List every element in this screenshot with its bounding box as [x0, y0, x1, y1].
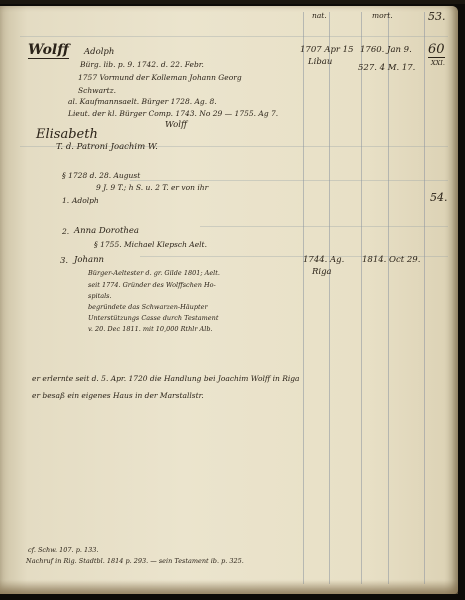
child-marriage-note: § 1755. Michael Klepsch Aelt. — [94, 241, 207, 249]
column-rule — [303, 12, 304, 584]
given-name: Adolph — [84, 48, 114, 57]
note-line: Schwartz. — [78, 87, 116, 95]
surname-heading: Wolff — [28, 43, 69, 59]
page-number-top: 53. — [428, 11, 446, 22]
birth-place: Riga — [312, 268, 332, 277]
note-line: 1757 Vormund der Kolleman Johann Georg — [78, 74, 242, 82]
birth-date: 1707 Apr 15 — [300, 46, 354, 55]
age-reference-sub: XXI. — [431, 60, 445, 67]
remark-line: er besaß ein eigenes Haus in der Marstal… — [32, 392, 204, 400]
page-number-reference: 54. — [430, 192, 448, 203]
spouse-maiden-name: Wolff — [165, 121, 187, 130]
column-rule — [424, 12, 425, 584]
note-line: Bürger-Aeltester d. gr. Gilde 1801; Aelt… — [88, 270, 220, 277]
ruled-line — [130, 180, 448, 181]
column-rule — [388, 12, 389, 584]
column-rule — [329, 12, 330, 584]
child-name: Adolph — [72, 197, 99, 205]
child-name: Anna Dorothea — [74, 227, 139, 236]
remark-line: er erlernte seit d. 5. Apr. 1720 die Han… — [32, 375, 300, 383]
child-index: 2. — [62, 228, 69, 236]
spouse-relation: T. d. Patroni Joachim W. — [56, 143, 158, 152]
note-line: spitals. — [88, 293, 112, 300]
birth-place: Libau — [308, 58, 332, 67]
spouse-name: Elisabeth — [36, 128, 98, 141]
note-line: v. 20. Dec 1811. mit 10,000 Rthlr Alb. — [88, 326, 213, 333]
note-line: seit 1774. Gründer des Wolffschen Ho- — [88, 282, 216, 289]
child-name: Johann — [74, 256, 104, 265]
note-line: al. Kaufmannsaelt. Bürger 1728. Ag. 8. — [68, 98, 217, 106]
footnote-line: cf. Schw. 107. p. 133. — [28, 547, 98, 554]
column-header-died: mort. — [372, 12, 393, 20]
note-line: Lieut. der kl. Bürger Comp. 1743. No 29 … — [68, 110, 278, 118]
note-line: Unterstützungs Casse durch Testament — [88, 315, 218, 322]
child-index: 3. — [60, 257, 68, 266]
marriage-note: 9 J. 9 T.; h S. u. 2 T. er von ihr — [96, 184, 208, 192]
death-date: 1814. Oct 29. — [362, 256, 420, 265]
note-line: begründete das Schwarzen-Häupter — [88, 304, 208, 311]
birth-date: 1744. Ag. — [303, 256, 344, 265]
column-header-born: nat. — [312, 12, 327, 20]
footnote-line: Nachruf in Rig. Stadtbl. 1814 p. 293. — … — [26, 558, 244, 565]
column-rule — [361, 12, 362, 584]
child-index: 1. — [62, 197, 69, 205]
marriage-date: § 1728 d. 28. August — [62, 172, 140, 180]
scan-top-edge — [0, 0, 465, 4]
ruled-line — [200, 226, 448, 227]
death-note: 527. 4 M. 17. — [358, 64, 415, 73]
age-reference: 60 — [428, 43, 445, 58]
death-date: 1760. Jan 9. — [360, 46, 412, 55]
register-page: nat. mort. 53. Wolff Adolph 1707 Apr 15 … — [0, 6, 458, 594]
ruled-line — [20, 36, 448, 37]
note-line: Bürg. lib. p. 9. 1742. d. 22. Febr. — [80, 61, 204, 69]
